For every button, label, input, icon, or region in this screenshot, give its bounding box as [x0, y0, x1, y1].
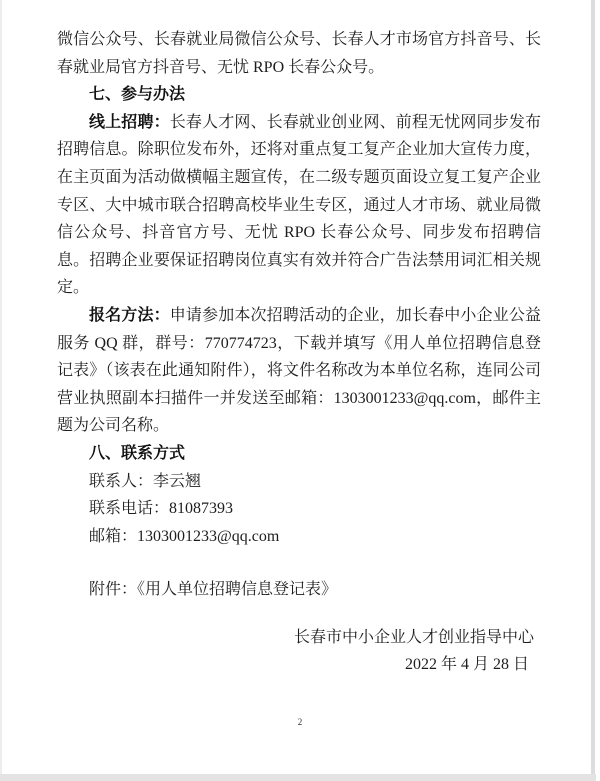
- blank-spacer: [57, 604, 541, 624]
- contact-email-line: 邮箱：1303001233@qq.com: [57, 523, 541, 551]
- page-left-border: [0, 0, 2, 781]
- online-recruiting-text: 长春人才网、长春就业创业网、前程无忧网同步发布招聘信息。除职位发布外，还将对重点…: [57, 114, 541, 297]
- page-number: 2: [0, 717, 600, 727]
- contact-person-line: 联系人：李云翘: [57, 468, 541, 496]
- document-body: 微信公众号、长春就业局微信公众号、长春人才市场官方抖音号、长春就业局官方抖音号、…: [57, 26, 541, 679]
- page-bottom-border: [0, 774, 596, 781]
- blank-spacer: [57, 550, 541, 576]
- attachment-line: 附件：《用人单位招聘信息登记表》: [57, 576, 541, 604]
- paragraph-continuation: 微信公众号、长春就业局微信公众号、长春人才市场官方抖音号、长春就业局官方抖音号、…: [57, 26, 541, 81]
- signup-method-text: 申请参加本次招聘活动的企业，加长春中小企业公益服务 QQ 群，群号：770774…: [57, 307, 541, 434]
- section-heading-participation: 七、参与办法: [57, 81, 541, 109]
- document-page: 微信公众号、长春就业局微信公众号、长春人才市场官方抖音号、长春就业局官方抖音号、…: [0, 0, 600, 781]
- signature-date: 2022 年 4 月 28 日: [57, 651, 541, 679]
- signature-organization: 长春市中小企业人才创业指导中心: [57, 624, 541, 652]
- online-recruiting-label: 线上招聘：: [89, 114, 170, 131]
- page-right-border: [591, 0, 595, 781]
- signup-method-label: 报名方法：: [89, 307, 170, 324]
- section-heading-contact: 八、联系方式: [57, 440, 541, 468]
- contact-phone-line: 联系电话：81087393: [57, 495, 541, 523]
- paragraph-signup-method: 报名方法：申请参加本次招聘活动的企业，加长春中小企业公益服务 QQ 群，群号：7…: [57, 302, 541, 440]
- paragraph-online-recruiting: 线上招聘：长春人才网、长春就业创业网、前程无忧网同步发布招聘信息。除职位发布外，…: [57, 109, 541, 302]
